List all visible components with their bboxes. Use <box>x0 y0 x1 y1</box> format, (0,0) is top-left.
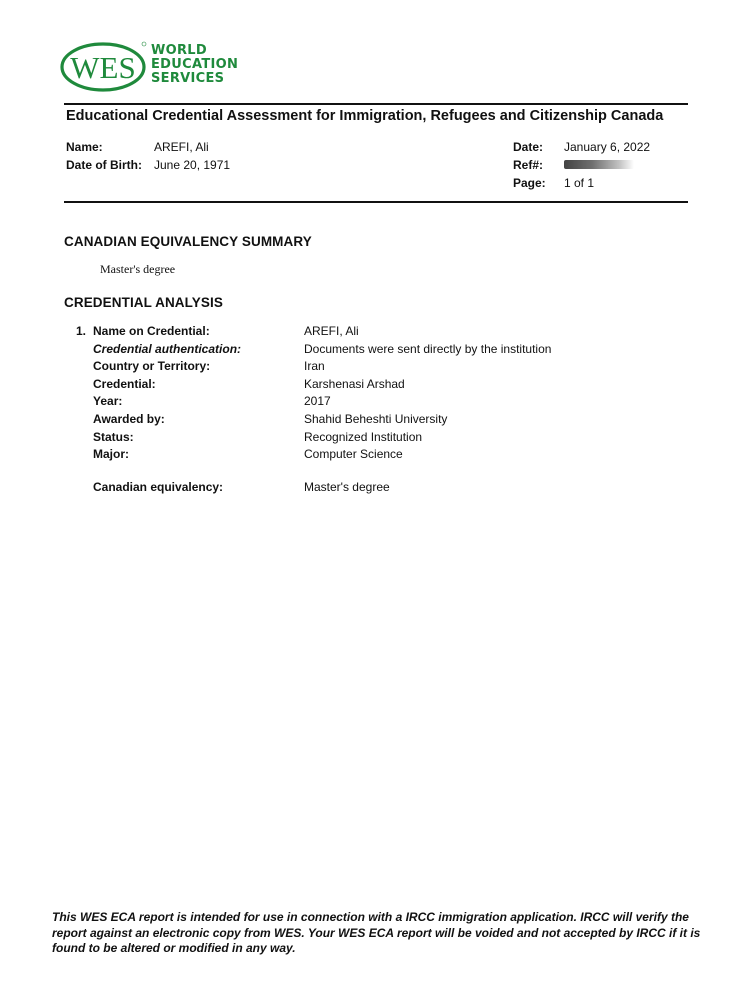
analysis-heading: CREDENTIAL ANALYSIS <box>64 295 223 310</box>
credential-field-value: Computer Science <box>304 447 403 461</box>
svg-text:WES: WES <box>70 50 135 85</box>
wes-oval-logo-icon: WES <box>60 40 150 96</box>
ref-value-redacted <box>564 157 634 171</box>
footer-notice: This WES ECA report is intended for use … <box>52 910 712 957</box>
summary-heading: CANADIAN EQUIVALENCY SUMMARY <box>64 234 312 249</box>
credential-field-label: Awarded by: <box>93 412 165 426</box>
logo-line-3: SERVICES <box>151 72 238 86</box>
credential-field-value: AREFI, Ali <box>304 324 359 338</box>
summary-text: Master's degree <box>100 262 175 277</box>
wes-logo: WES WORLD EDUCATION SERVICES <box>60 40 250 96</box>
redaction-bar <box>564 160 634 169</box>
name-value: AREFI, Ali <box>154 140 209 154</box>
credential-field-value: 2017 <box>304 394 331 408</box>
credential-field-value: Shahid Beheshti University <box>304 412 447 426</box>
dob-value: June 20, 1971 <box>154 158 230 172</box>
credential-field-value: Recognized Institution <box>304 430 422 444</box>
credential-field-label: Year: <box>93 394 122 408</box>
date-label: Date: <box>513 140 543 154</box>
credential-field-value: Karshenasi Arshad <box>304 377 405 391</box>
credential-field-label: Country or Territory: <box>93 359 210 373</box>
date-value: January 6, 2022 <box>564 140 650 154</box>
top-divider <box>64 103 688 105</box>
header-bottom-divider <box>64 201 688 203</box>
credential-field-label: Credential: <box>93 377 156 391</box>
credential-field-value: Documents were sent directly by the inst… <box>304 342 551 356</box>
credential-field-label: Credential authentication: <box>93 342 241 356</box>
ref-label: Ref#: <box>513 158 543 172</box>
page-label: Page: <box>513 176 546 190</box>
dob-label: Date of Birth: <box>66 158 142 172</box>
wes-logo-text: WORLD EDUCATION SERVICES <box>151 44 238 86</box>
page-value: 1 of 1 <box>564 176 594 190</box>
credential-field-label: Name on Credential: <box>93 324 210 338</box>
credential-field-label: Status: <box>93 430 134 444</box>
logo-line-1: WORLD <box>151 44 238 58</box>
credential-field-value: Iran <box>304 359 325 373</box>
logo-line-2: EDUCATION <box>151 58 238 72</box>
credential-field-label: Major: <box>93 447 129 461</box>
name-label: Name: <box>66 140 103 154</box>
equivalency-value: Master's degree <box>304 480 390 494</box>
equivalency-label: Canadian equivalency: <box>93 480 223 494</box>
document-title: Educational Credential Assessment for Im… <box>66 108 663 124</box>
credential-number: 1. <box>76 324 86 338</box>
